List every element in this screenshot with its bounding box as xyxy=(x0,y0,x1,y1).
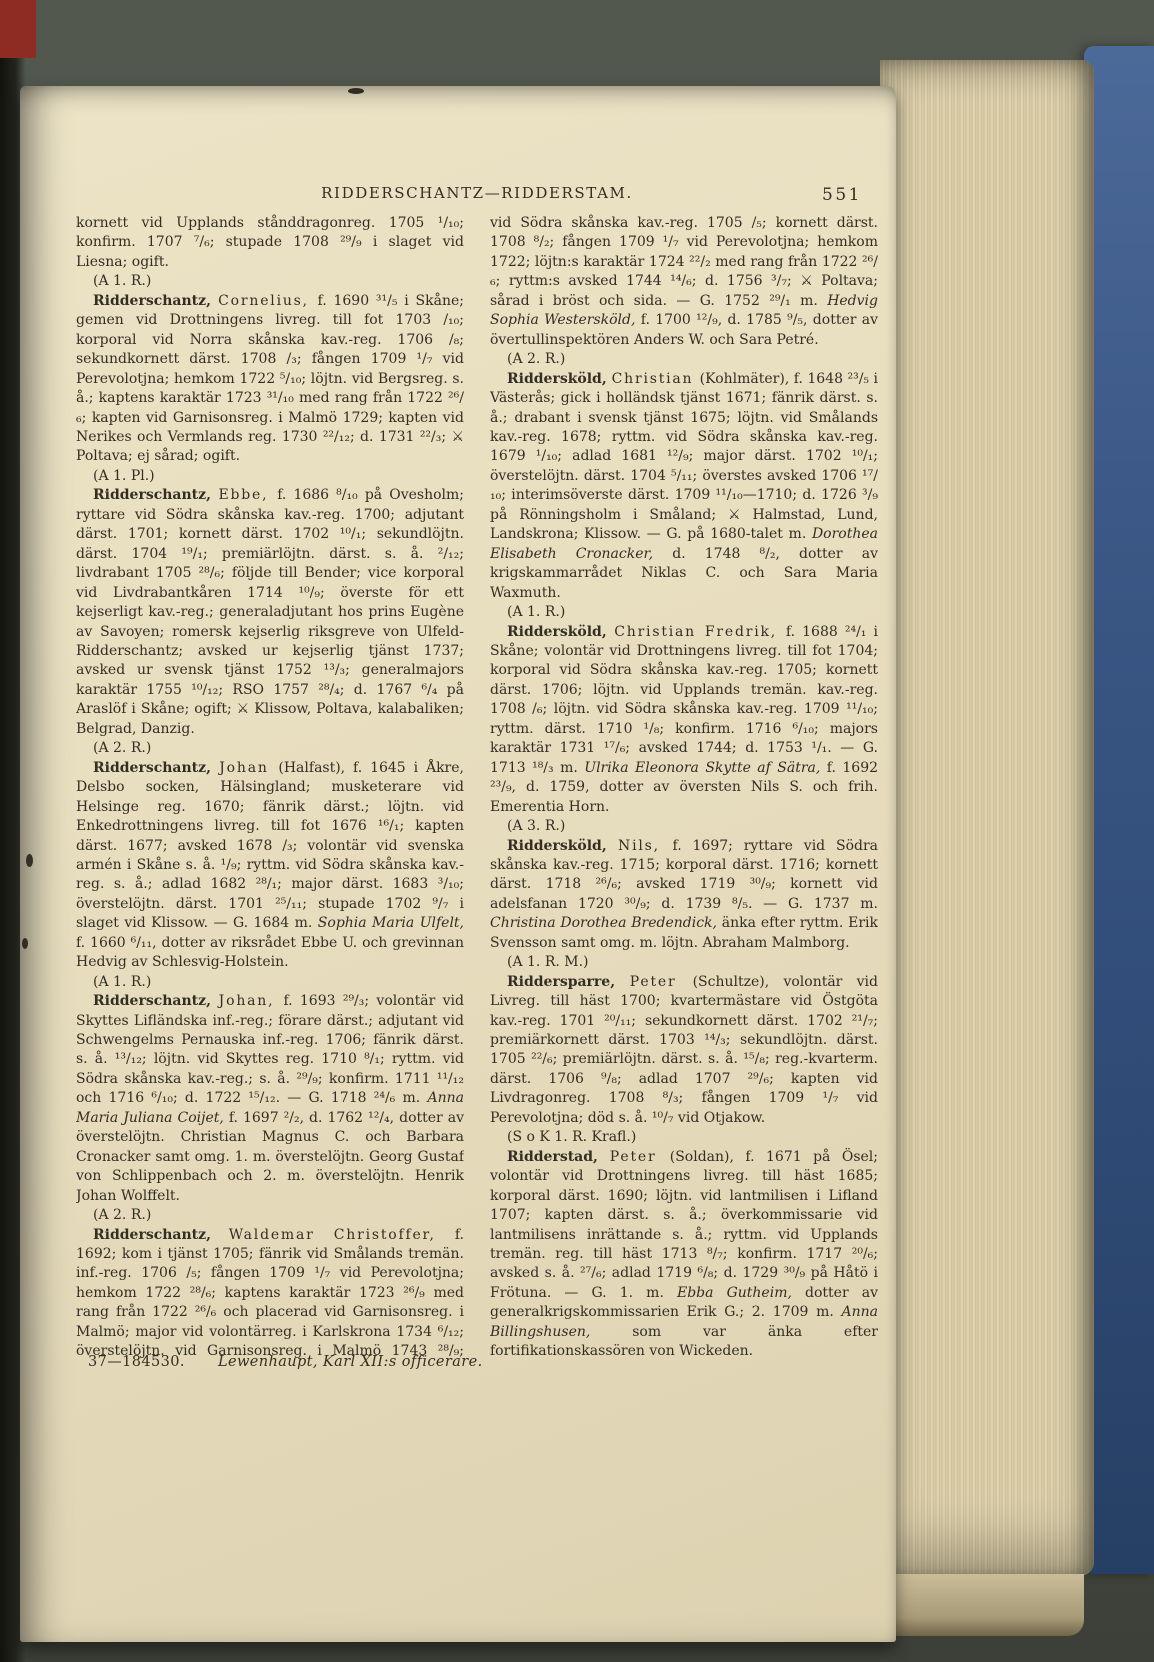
paragraph: Riddersköld, Christian Fredrik, f. 1688 … xyxy=(490,623,878,818)
text-run: Johan xyxy=(219,760,278,776)
text-run: vid Södra skånska kav.-reg. 1705 /₅; kor… xyxy=(490,215,878,309)
paragraph: (S o K 1. R. Krafl.) xyxy=(490,1128,878,1147)
text-run: Ridderschantz, xyxy=(93,293,218,309)
text-run: (A 1. R.) xyxy=(93,974,151,990)
text-run: Cornelius, xyxy=(218,293,317,309)
text-columns: kornett vid Upplands stånddragonreg. 170… xyxy=(76,214,878,1364)
text-run: f. 1692; kom i tjänst 1705; fänrik vid S… xyxy=(76,1227,464,1364)
right-column: vid Södra skånska kav.-reg. 1705 /₅; kor… xyxy=(490,214,878,1364)
text-run: Peter xyxy=(610,1149,670,1165)
paragraph: kornett vid Upplands stånddragonreg. 170… xyxy=(76,214,464,272)
paragraph: (A 1. R.) xyxy=(76,973,464,992)
paragraph: (A 2. R.) xyxy=(76,1206,464,1225)
text-run: (Halfast), f. 1645 i Åkre, Delsbo socken… xyxy=(76,760,464,932)
page-stack-edge xyxy=(880,60,1094,1576)
paragraph: (A 2. R.) xyxy=(490,350,878,369)
text-run: Christian Fredrik, xyxy=(614,624,786,640)
text-run: Ridderstad, xyxy=(507,1149,610,1165)
footer: 37—184530. Lewenhaupt, Karl XII:s office… xyxy=(88,1354,483,1370)
page-number: 551 xyxy=(822,185,862,205)
text-run: Christina Dorothea Bredendick, xyxy=(490,915,717,931)
text-run: (A 1. R.) xyxy=(93,273,151,289)
text-run: Riddersparre, xyxy=(507,974,630,990)
text-run: Riddersköld, xyxy=(507,838,618,854)
paragraph: (A 1. R.) xyxy=(490,1362,878,1364)
paragraph: (A 3. R.) xyxy=(490,817,878,836)
text-run: (A 1. R.) xyxy=(507,604,565,620)
paragraph: Ridderschantz, Ebbe, f. 1686 ⁸/₁₀ på Ove… xyxy=(76,486,464,739)
text-run: (A 3. R.) xyxy=(507,818,565,834)
paragraph: Riddersköld, Nils, f. 1697; ryttare vid … xyxy=(490,837,878,954)
text-run: (A 2. R.) xyxy=(507,351,565,367)
print-signature: 37—184530. xyxy=(88,1354,185,1370)
text-run: Waldemar Christoffer, xyxy=(229,1227,455,1243)
paragraph: Ridderschantz, Waldemar Christoffer, f. … xyxy=(76,1226,464,1364)
text-run: (A 2. R.) xyxy=(93,740,151,756)
text-run: f. 1660 ⁶/₁₁, dotter av riksrådet Ebbe U… xyxy=(76,935,464,970)
paragraph: Ridderschantz, Johan, f. 1693 ²⁹/₃; volo… xyxy=(76,992,464,1206)
paragraph: Ridderstad, Peter (Soldan), f. 1671 på Ö… xyxy=(490,1148,878,1362)
paragraph: Ridderschantz, Cornelius, f. 1690 ³¹/₅ i… xyxy=(76,292,464,467)
paragraph: (A 1. R.) xyxy=(76,272,464,291)
text-run: Ebbe, xyxy=(218,487,277,503)
text-run: kornett vid Upplands stånddragonreg. 170… xyxy=(76,215,464,270)
text-run: Christian xyxy=(612,371,700,387)
text-run: Ridderschantz, xyxy=(93,993,219,1009)
text-run: Johan, xyxy=(219,993,284,1009)
paragraph: (A 2. R.) xyxy=(76,739,464,758)
text-run: Peter xyxy=(630,974,693,990)
text-run: Ridderschantz, xyxy=(93,760,219,776)
text-run: (Schultze), volontär vid Livreg. till hä… xyxy=(490,974,878,1126)
ink-smudge xyxy=(26,854,33,867)
text-run: (A 1. R.) xyxy=(507,1363,565,1364)
text-run: Ulrika Eleonora Skytte af Sätra, xyxy=(584,760,820,776)
text-run: Ridderschantz, xyxy=(93,487,218,503)
paragraph: Riddersparre, Peter (Schultze), volontär… xyxy=(490,973,878,1129)
header-title: RIDDERSCHANTZ—RIDDERSTAM. xyxy=(321,184,633,202)
running-header: RIDDERSCHANTZ—RIDDERSTAM. 551 xyxy=(76,184,878,202)
page-stack-bottom-edge xyxy=(884,1574,1084,1636)
text-run: Riddersköld, xyxy=(507,371,612,387)
left-column: kornett vid Upplands stånddragonreg. 170… xyxy=(76,214,464,1364)
photo-background: RIDDERSCHANTZ—RIDDERSTAM. 551 kornett vi… xyxy=(0,0,1154,1662)
paragraph: Ridderschantz, Johan (Halfast), f. 1645 … xyxy=(76,759,464,973)
text-run: (Kohlmäter), f. 1648 ²³/₅ i Västerås; gi… xyxy=(490,371,878,543)
text-run: (Soldan), f. 1671 på Ösel; volontär vid … xyxy=(490,1149,878,1301)
book-cover-edge xyxy=(1084,46,1154,1574)
paragraph: vid Södra skånska kav.-reg. 1705 /₅; kor… xyxy=(490,214,878,350)
paragraph: (A 1. R.) xyxy=(490,603,878,622)
text-run: Ebba Gutheim, xyxy=(677,1285,792,1301)
paragraph: (A 1. Pl.) xyxy=(76,467,464,486)
text-run: f. 1688 ²⁴/₁ i Skåne; volontär vid Drott… xyxy=(490,624,878,776)
paragraph: (A 1. R. M.) xyxy=(490,953,878,972)
ink-smudge xyxy=(22,938,28,949)
text-run: (A 2. R.) xyxy=(93,1207,151,1223)
paragraph: Riddersköld, Christian (Kohlmäter), f. 1… xyxy=(490,370,878,603)
book-page: RIDDERSCHANTZ—RIDDERSTAM. 551 kornett vi… xyxy=(20,86,896,1642)
ink-smudge xyxy=(348,88,364,94)
work-title: Lewenhaupt, Karl XII:s officerare. xyxy=(218,1354,483,1370)
text-run: Sophia Maria Ulfelt, xyxy=(318,915,464,931)
text-run: Nils, xyxy=(618,838,673,854)
text-run: (A 1. Pl.) xyxy=(93,468,155,484)
text-run: (A 1. R. M.) xyxy=(507,954,589,970)
text-run: Riddersköld, xyxy=(507,624,614,640)
text-run: f. 1693 ²⁹/₃; volontär vid Skyttes Liflä… xyxy=(76,993,464,1106)
text-run: f. 1686 ⁸/₁₀ på Ovesholm; ryttare vid Sö… xyxy=(76,487,464,736)
text-run: Ridderschantz, xyxy=(93,1227,229,1243)
text-run: f. 1690 ³¹/₅ i Skåne; gemen vid Drottnin… xyxy=(76,293,464,465)
text-run: (S o K 1. R. Krafl.) xyxy=(507,1129,636,1145)
red-spine-corner xyxy=(0,0,36,58)
